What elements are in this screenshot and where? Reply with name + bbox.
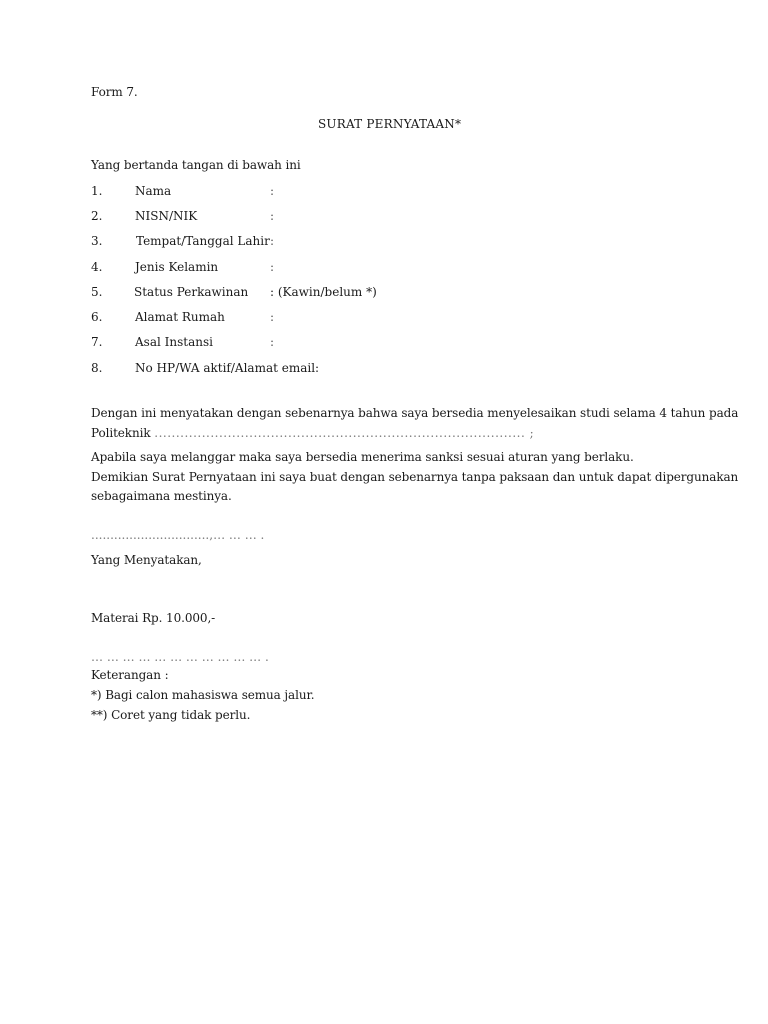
statement-line-1: Dengan ini menyatakan dengan sebenarnya … bbox=[91, 406, 738, 420]
field-label: Nama bbox=[135, 184, 171, 198]
field-value: : (Kawin/belum *) bbox=[270, 285, 377, 299]
place-date-blank: ...............................,… … … . bbox=[91, 528, 264, 542]
field-value: : bbox=[270, 335, 274, 349]
statement-line-2: Politeknik .............................… bbox=[91, 426, 534, 440]
field-row-asal-instansi: 7. Asal Instansi : bbox=[0, 335, 768, 349]
field-value: : bbox=[270, 310, 274, 324]
field-value: : bbox=[270, 260, 274, 274]
field-value: : bbox=[270, 184, 274, 198]
field-label: Tempat/Tanggal Lahir bbox=[136, 234, 270, 248]
form-label: Form 7. bbox=[91, 85, 138, 99]
field-row-alamat-rumah: 6. Alamat Rumah : bbox=[0, 310, 768, 324]
field-label: Jenis Kelamin bbox=[135, 260, 218, 274]
field-number: 4. bbox=[91, 260, 102, 274]
signatory-label: Yang Menyatakan, bbox=[91, 553, 202, 567]
closing-line-1: Demikian Surat Pernyataan ini saya buat … bbox=[91, 470, 738, 484]
document-page: Form 7. SURAT PERNYATAAN* Yang bertanda … bbox=[0, 0, 768, 1024]
field-row-nama: 1. Nama : bbox=[0, 184, 768, 198]
field-number: 6. bbox=[91, 310, 102, 324]
institution-label: Politeknik bbox=[91, 426, 151, 440]
field-value: : bbox=[270, 209, 274, 223]
field-label: NISN/NIK bbox=[135, 209, 197, 223]
field-row-status-perkawinan: 5. Status Perkawinan : (Kawin/belum *) bbox=[0, 285, 768, 299]
field-value: : bbox=[270, 234, 274, 248]
sanction-text: Apabila saya melanggar maka saya bersedi… bbox=[91, 450, 634, 464]
intro-text: Yang bertanda tangan di bawah ini bbox=[91, 158, 301, 172]
field-label: Alamat Rumah bbox=[135, 310, 225, 324]
signature-blank: … … … … … … … … … … … . bbox=[91, 650, 269, 664]
notes-heading: Keterangan : bbox=[91, 668, 169, 682]
field-row-nisn-nik: 2. NISN/NIK : bbox=[0, 209, 768, 223]
field-number: 3. bbox=[91, 234, 102, 248]
field-row-jenis-kelamin: 4. Jenis Kelamin : bbox=[0, 260, 768, 274]
field-number: 2. bbox=[91, 209, 102, 223]
institution-blank: ........................................… bbox=[154, 426, 534, 440]
field-label: Status Perkawinan bbox=[134, 285, 248, 299]
field-number: 1. bbox=[91, 184, 102, 198]
field-row-contact: 8. No HP/WA aktif/Alamat email: bbox=[0, 361, 768, 375]
field-number: 8. bbox=[91, 361, 102, 375]
field-number: 5. bbox=[91, 285, 102, 299]
field-label: Asal Instansi bbox=[135, 335, 213, 349]
field-number: 7. bbox=[91, 335, 102, 349]
note-item: *) Bagi calon mahasiswa semua jalur. bbox=[91, 688, 315, 702]
field-label: No HP/WA aktif/Alamat email: bbox=[135, 361, 319, 375]
closing-line-2: sebagaimana mestinya. bbox=[91, 489, 232, 503]
stamp-label: Materai Rp. 10.000,- bbox=[91, 611, 215, 625]
field-row-tempat-tanggal-lahir: 3. Tempat/Tanggal Lahir : bbox=[0, 234, 768, 248]
note-item: **) Coret yang tidak perlu. bbox=[91, 708, 250, 722]
document-title: SURAT PERNYATAAN* bbox=[318, 117, 461, 131]
